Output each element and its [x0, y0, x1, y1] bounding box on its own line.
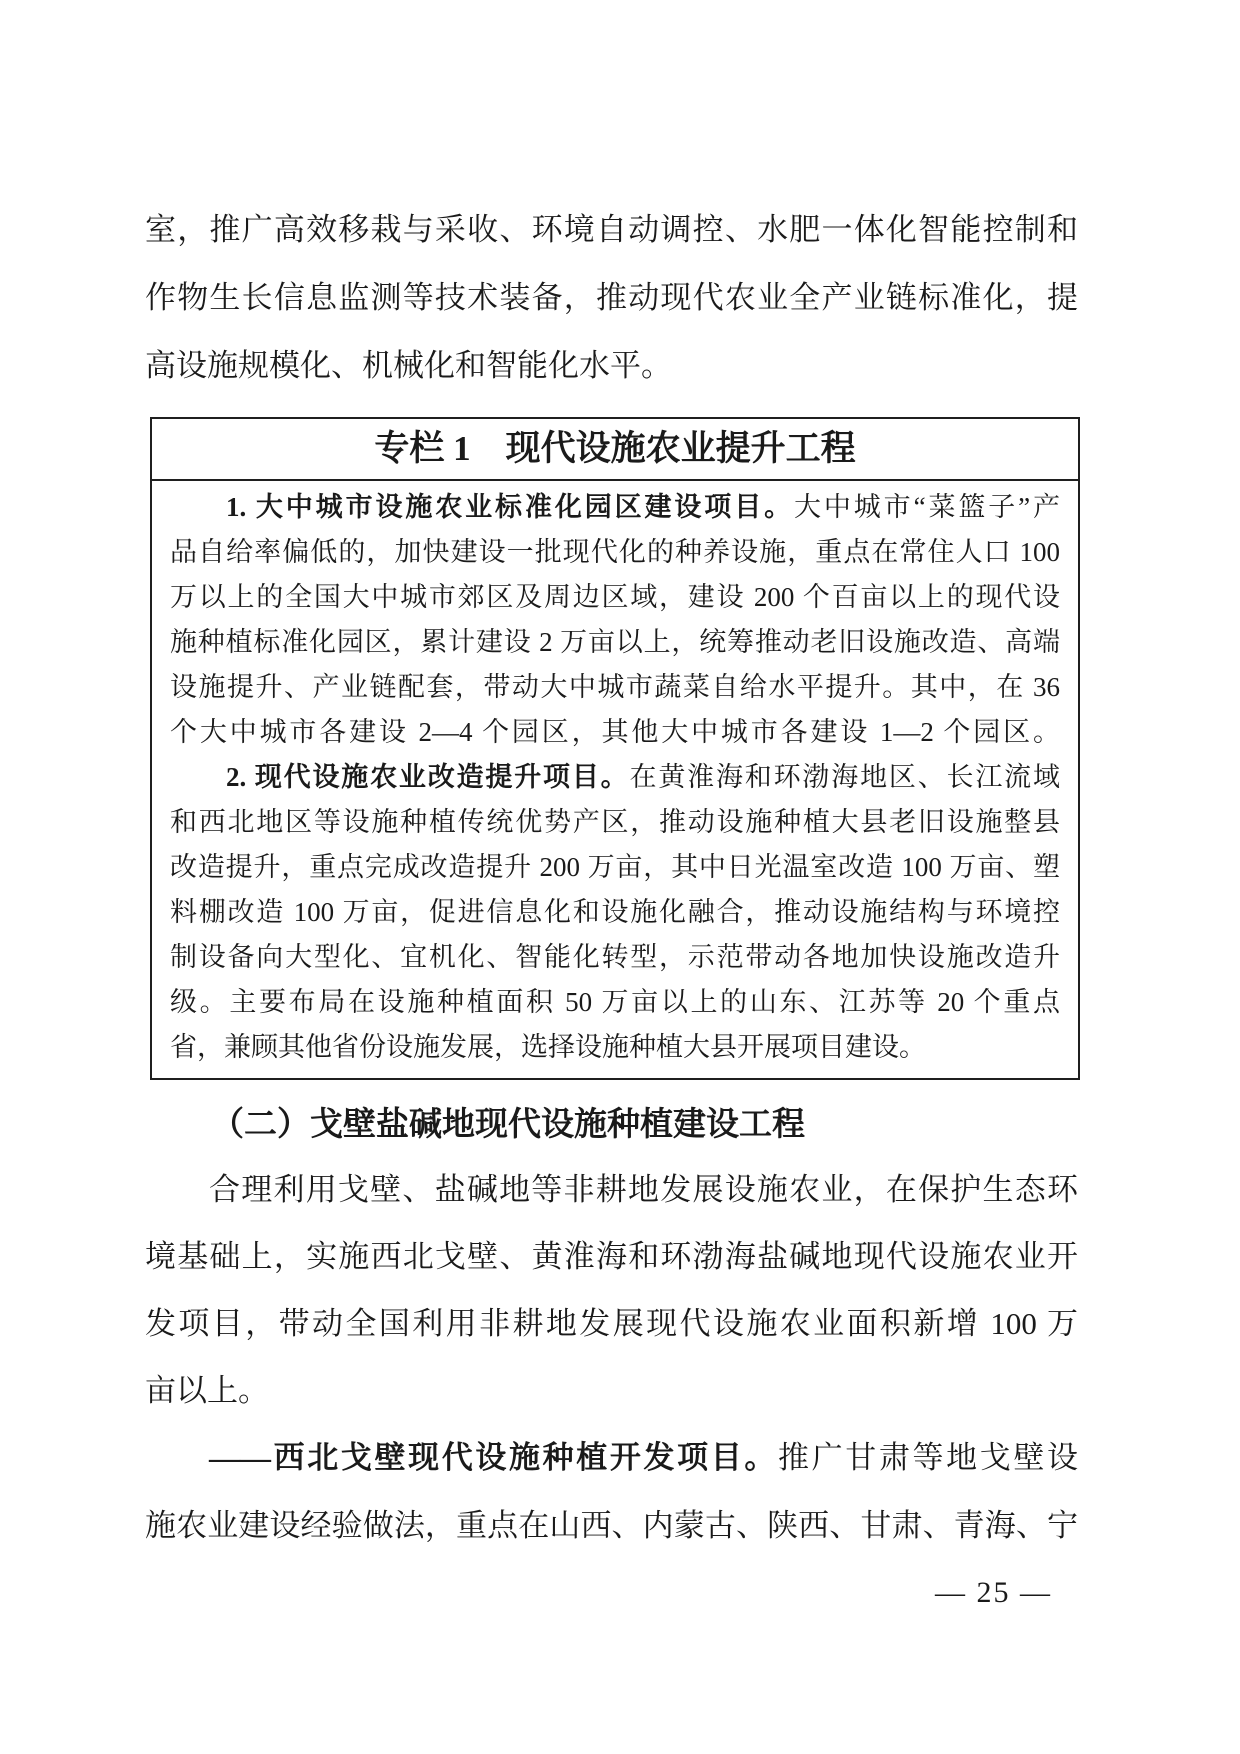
northwest-gobi-paragraph: ——西北戈壁现代设施种植开发项目。推广甘肃等地戈壁设施农业建设经验做法，重点在山…	[145, 1424, 1078, 1560]
text-run: 料棚改造 100 万亩，促进信息化和设施化融合，推动设施结构与环境控	[170, 897, 1060, 927]
text-run: 发项目，带动全国利用非耕地发展现代设施农业面积新增 100 万	[145, 1306, 1078, 1341]
callout-box: 专栏 1 现代设施农业提升工程 1. 大中城市设施农业标准化园区建设项目。大中城…	[150, 417, 1080, 1080]
text-line: 境基础上，实施西北戈壁、黄淮海和环渤海盐碱地现代设施农业开	[145, 1223, 1078, 1290]
text-run: 施种植标准化园区，累计建设 2 万亩以上，统筹推动老旧设施改造、高端	[170, 627, 1060, 657]
text-line: 发项目，带动全国利用非耕地发展现代设施农业面积新增 100 万	[145, 1290, 1078, 1357]
text-line: 级。主要布局在设施种植面积 50 万亩以上的山东、江苏等 20 个重点	[170, 980, 1060, 1025]
text-run: 推广甘肃等地戈壁设	[778, 1440, 1078, 1475]
callout-box-body: 1. 大中城市设施农业标准化园区建设项目。大中城市“菜篮子”产品自给率偏低的，加…	[152, 481, 1078, 1078]
text-run: 大中城市“菜篮子”产	[794, 492, 1060, 522]
text-run: 制设备向大型化、宜机化、智能化转型，示范带动各地加快设施改造升	[170, 942, 1060, 972]
text-line: 制设备向大型化、宜机化、智能化转型，示范带动各地加快设施改造升	[170, 935, 1060, 980]
text-line: 高设施规模化、机械化和智能化水平。	[145, 332, 1078, 400]
text-run: 在黄淮海和环渤海地区、长江流域	[630, 762, 1061, 792]
section-heading: （二）戈壁盐碱地现代设施种植建设工程	[145, 1103, 1078, 1147]
text-run: 室，推广高效移栽与采收、环境自动调控、水肥一体化智能控制和	[145, 212, 1078, 247]
text-run: 境基础上，实施西北戈壁、黄淮海和环渤海盐碱地现代设施农业开	[145, 1239, 1078, 1274]
text-run: 合理利用戈壁、盐碱地等非耕地发展设施农业，在保护生态环	[209, 1172, 1078, 1207]
text-line: 施农业建设经验做法，重点在山西、内蒙古、陕西、甘肃、青海、宁	[145, 1492, 1078, 1560]
text-run: 万以上的全国大中城市郊区及周边区域，建设 200 个百亩以上的现代设	[170, 582, 1060, 612]
text-line: 料棚改造 100 万亩，促进信息化和设施化融合，推动设施结构与环境控	[170, 890, 1060, 935]
text-run: 亩以上。	[145, 1373, 269, 1408]
text-run: 施农业建设经验做法，重点在山西、内蒙古、陕西、甘肃、青海、宁	[145, 1508, 1078, 1543]
bold-text-run: 1. 大中城市设施农业标准化园区建设项目。	[226, 492, 794, 522]
document-page: 室，推广高效移栽与采收、环境自动调控、水肥一体化智能控制和作物生长信息监测等技术…	[0, 0, 1240, 1754]
text-line: 2. 现代设施农业改造提升项目。在黄淮海和环渤海地区、长江流域	[170, 755, 1060, 800]
text-line: 施种植标准化园区，累计建设 2 万亩以上，统筹推动老旧设施改造、高端	[170, 620, 1060, 665]
text-run: 省，兼顾其他省份设施发展，选择设施种植大县开展项目建设。	[170, 1032, 926, 1062]
text-line: 省，兼顾其他省份设施发展，选择设施种植大县开展项目建设。	[170, 1025, 1060, 1070]
text-run: 个大中城市各建设 2—4 个园区，其他大中城市各建设 1—2 个园区。	[170, 717, 1060, 747]
text-run: 和西北地区等设施种植传统优势产区，推动设施种植大县老旧设施整县	[170, 807, 1060, 837]
text-run: 作物生长信息监测等技术装备，推动现代农业全产业链标准化，提	[145, 280, 1078, 315]
text-line: 1. 大中城市设施农业标准化园区建设项目。大中城市“菜篮子”产	[170, 485, 1060, 530]
text-line: 作物生长信息监测等技术装备，推动现代农业全产业链标准化，提	[145, 264, 1078, 332]
page-number: — 25 —	[145, 1576, 1078, 1610]
bold-text-run: 2. 现代设施农业改造提升项目。	[226, 762, 630, 792]
text-line: 室，推广高效移栽与采收、环境自动调控、水肥一体化智能控制和	[145, 196, 1078, 264]
bold-text-run: ——西北戈壁现代设施种植开发项目。	[209, 1440, 778, 1475]
text-line: 改造提升，重点完成改造提升 200 万亩，其中日光温室改造 100 万亩、塑	[170, 845, 1060, 890]
intro-paragraph: 室，推广高效移栽与采收、环境自动调控、水肥一体化智能控制和作物生长信息监测等技术…	[145, 196, 1078, 400]
text-run: 级。主要布局在设施种植面积 50 万亩以上的山东、江苏等 20 个重点	[170, 987, 1060, 1017]
text-line: 万以上的全国大中城市郊区及周边区域，建设 200 个百亩以上的现代设	[170, 575, 1060, 620]
text-line: 个大中城市各建设 2—4 个园区，其他大中城市各建设 1—2 个园区。	[170, 710, 1060, 755]
callout-box-title: 专栏 1 现代设施农业提升工程	[152, 419, 1078, 481]
text-run: 品自给率偏低的，加快建设一批现代化的种养设施，重点在常住人口 100	[170, 537, 1060, 567]
text-line: 设施提升、产业链配套，带动大中城市蔬菜自给水平提升。其中，在 36	[170, 665, 1060, 710]
text-run: 改造提升，重点完成改造提升 200 万亩，其中日光温室改造 100 万亩、塑	[170, 852, 1060, 882]
text-line: 品自给率偏低的，加快建设一批现代化的种养设施，重点在常住人口 100	[170, 530, 1060, 575]
text-line: 亩以上。	[145, 1357, 1078, 1424]
text-line: 合理利用戈壁、盐碱地等非耕地发展设施农业，在保护生态环	[145, 1156, 1078, 1223]
gobi-saline-paragraph: 合理利用戈壁、盐碱地等非耕地发展设施农业，在保护生态环境基础上，实施西北戈壁、黄…	[145, 1156, 1078, 1424]
text-line: 和西北地区等设施种植传统优势产区，推动设施种植大县老旧设施整县	[170, 800, 1060, 845]
text-run: 高设施规模化、机械化和智能化水平。	[145, 348, 672, 383]
text-line: ——西北戈壁现代设施种植开发项目。推广甘肃等地戈壁设	[145, 1424, 1078, 1492]
text-run: 设施提升、产业链配套，带动大中城市蔬菜自给水平提升。其中，在 36	[170, 672, 1060, 702]
